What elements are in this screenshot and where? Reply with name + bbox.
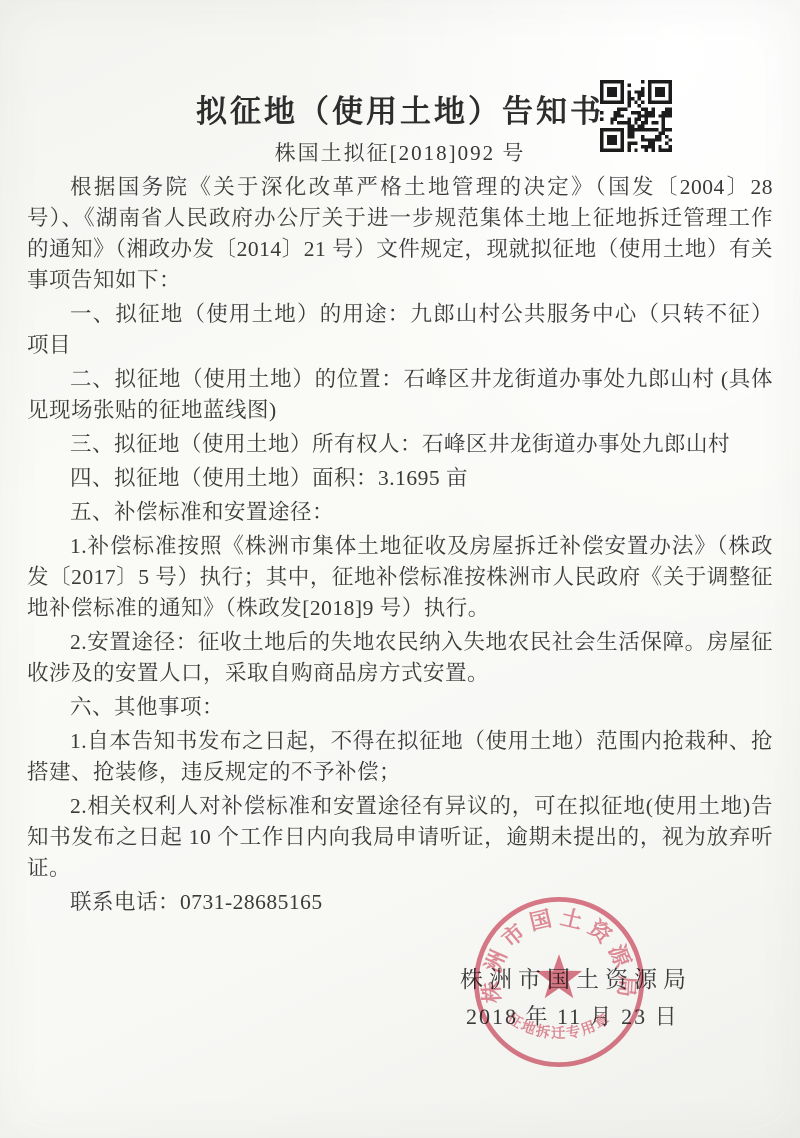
paragraph-item-1: 一、拟征地（使用土地）的用途：九郎山村公共服务中心（只转不征）项目 <box>27 299 773 361</box>
paragraph-item-5-1: 1.补偿标准按照《株洲市集体土地征收及房屋拆迁补偿安置办法》（株政发〔2017〕… <box>27 531 773 624</box>
paragraph-item-6-1: 1.自本告知书发布之日起，不得在拟征地（使用土地）范围内抢栽种、抢搭建、抢装修，… <box>27 726 773 788</box>
paragraph-item-5: 五、补偿标准和安置途径： <box>27 497 773 528</box>
paragraph-intro: 根据国务院《关于深化改革严格土地管理的决定》（国发〔2004〕28 号）、《湖南… <box>27 172 773 296</box>
scanned-document-page: 拟征地（使用土地）告知书 株国土拟征[2018]092 号 根据国务院《关于深化… <box>0 0 800 1138</box>
paragraph-item-3: 三、拟征地（使用土地）所有权人：石峰区井龙街道办事处九郎山村 <box>27 429 773 460</box>
paragraph-item-6-2: 2.相关权利人对补偿标准和安置途径有异议的，可在拟征地(使用土地)告知书发布之日… <box>27 791 773 884</box>
document-body: 根据国务院《关于深化改革严格土地管理的决定》（国发〔2004〕28 号）、《湖南… <box>27 172 773 918</box>
paragraph-item-6: 六、其他事项： <box>27 692 773 723</box>
paragraph-item-4: 四、拟征地（使用土地）面积：3.1695 亩 <box>27 463 773 494</box>
signature-org: 株洲市国土资源局 <box>460 961 692 994</box>
signature-date: 2018 年 11 月 23 日 <box>466 1000 679 1031</box>
document-number: 株国土拟征[2018]092 号 <box>0 137 800 167</box>
paragraph-item-5-2: 2.安置途径：征收土地后的失地农民纳入失地农民社会生活保障。房屋征收涉及的安置人… <box>27 627 773 689</box>
paragraph-item-2: 二、拟征地（使用土地）的位置：石峰区井龙街道办事处九郎山村 (具体见现场张贴的征… <box>27 364 773 426</box>
contact-phone: 联系电话：0731-28685165 <box>27 887 773 918</box>
document-title: 拟征地（使用土地）告知书 <box>10 86 790 131</box>
